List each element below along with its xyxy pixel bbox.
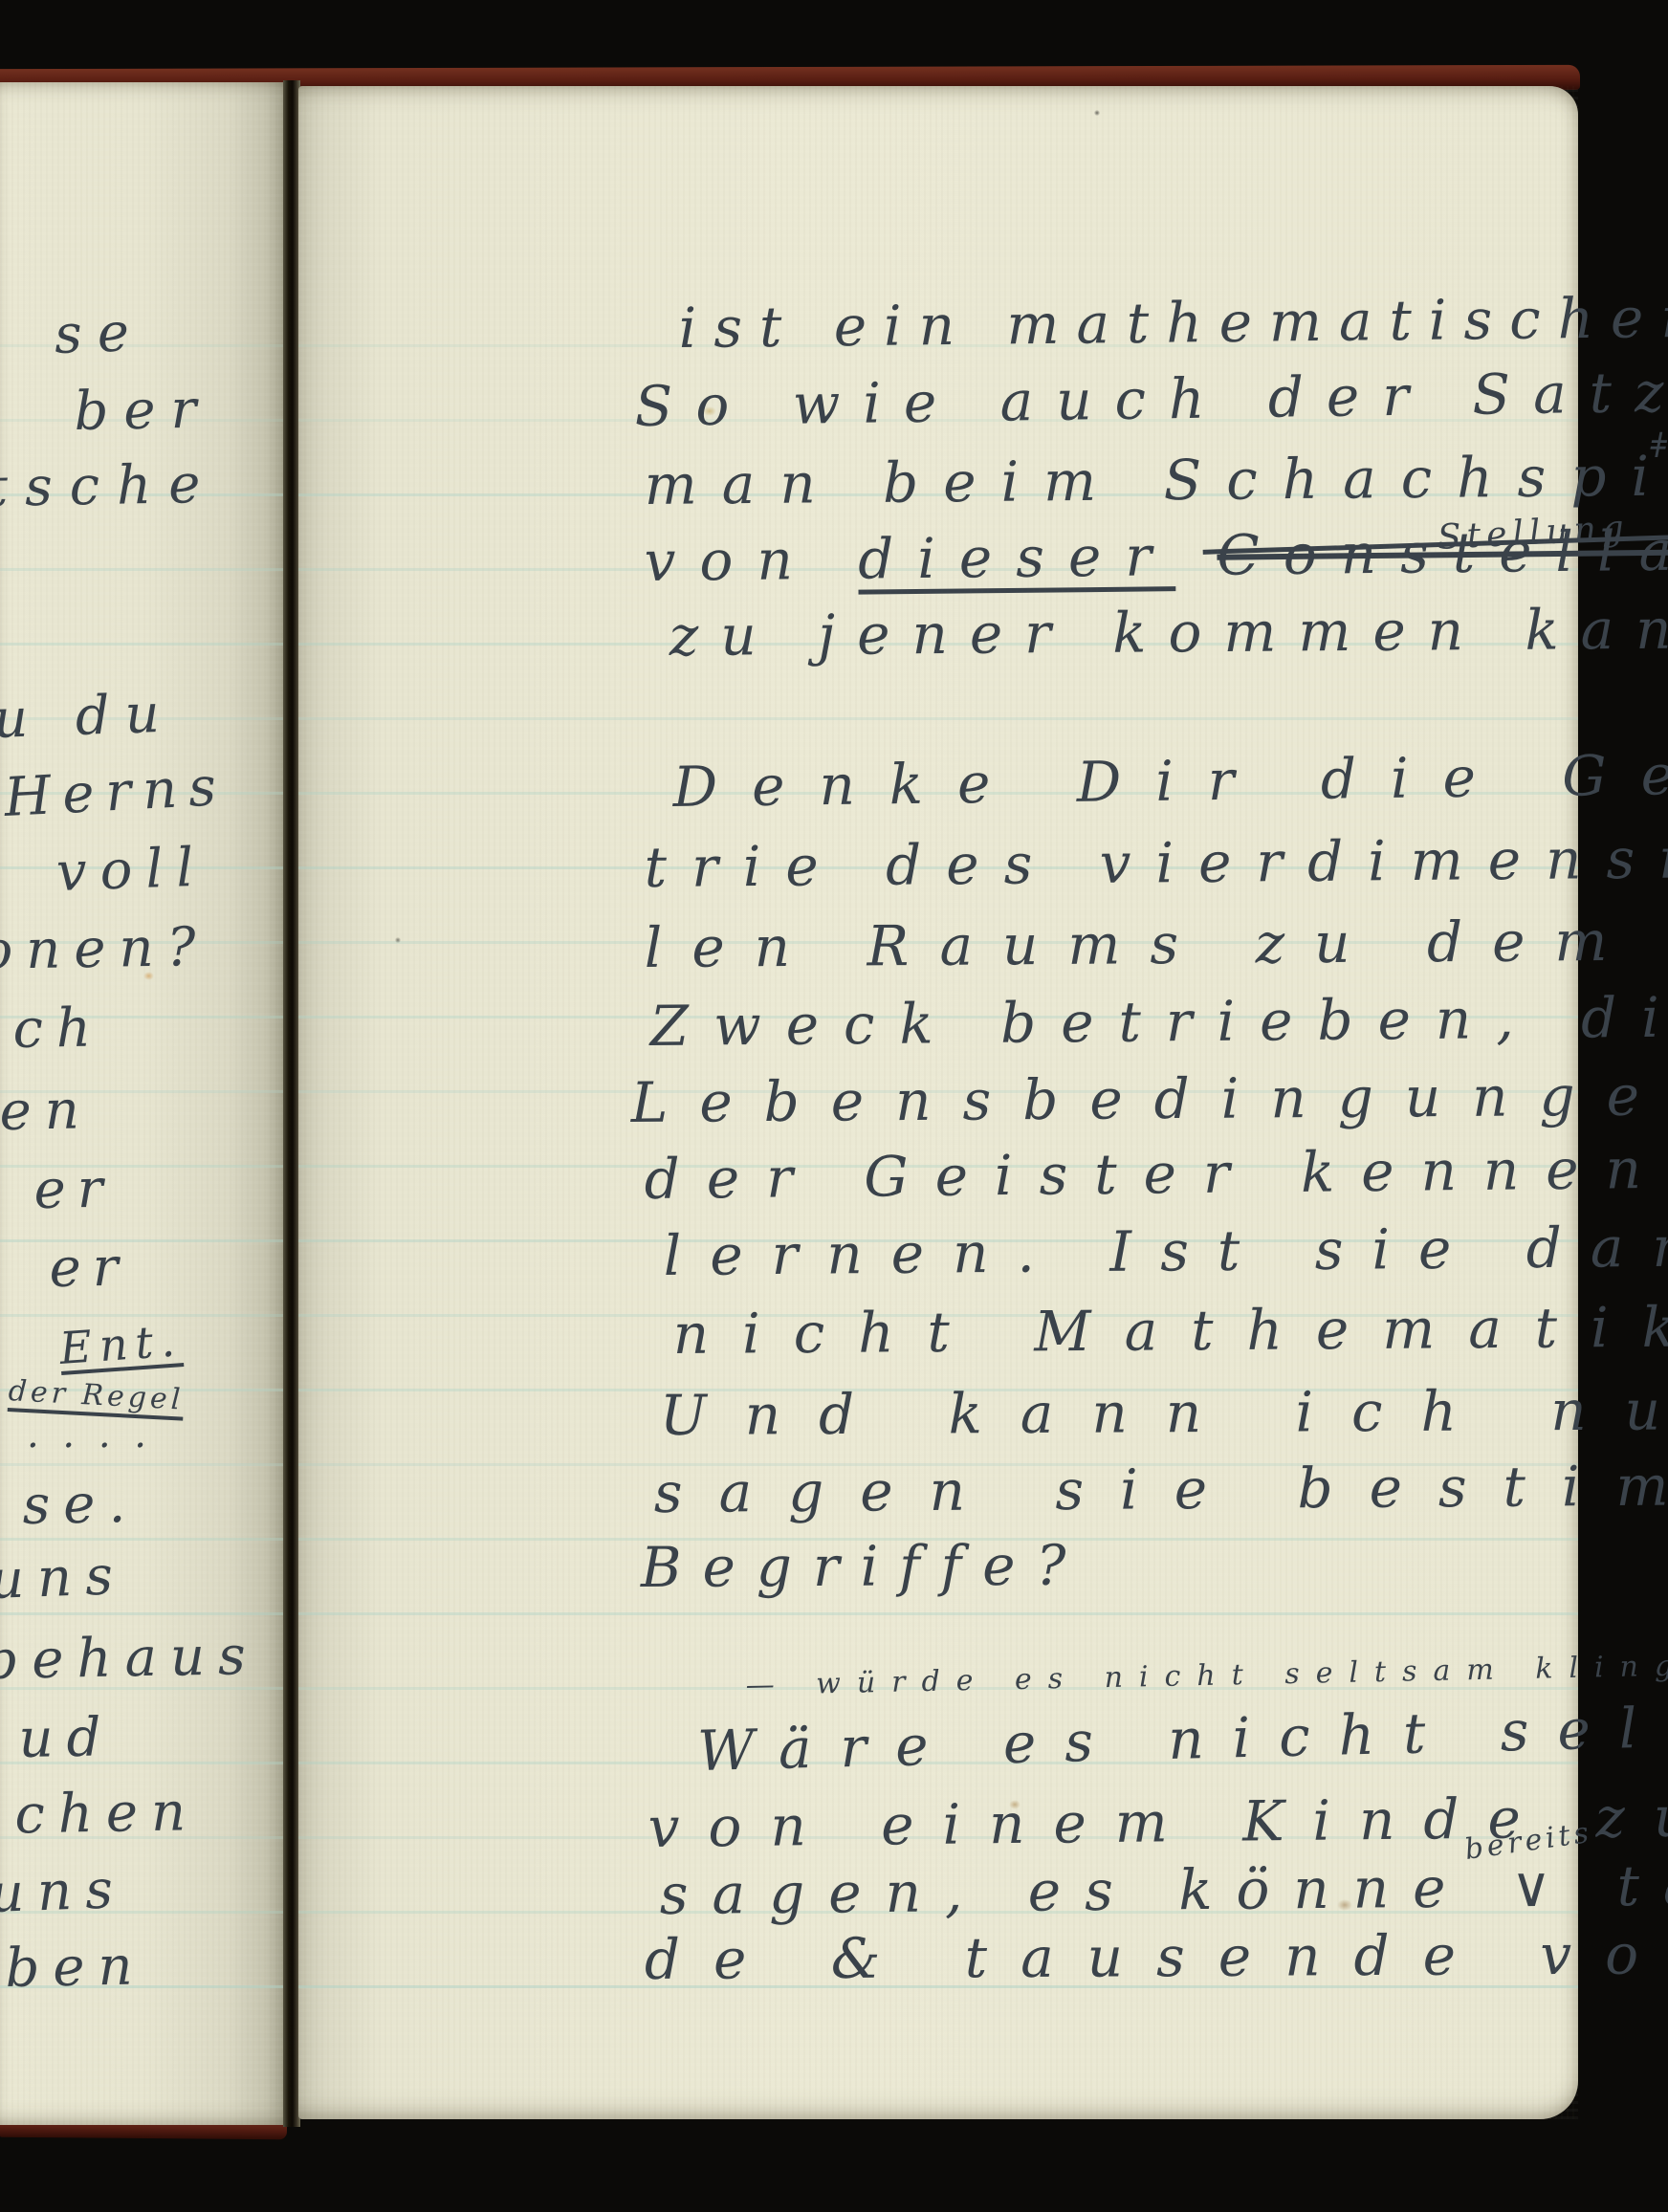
left-page-text-fragment: onen? — [0, 921, 209, 978]
ruled-line — [0, 568, 285, 571]
underlined-word: dieser — [858, 523, 1176, 591]
left-page-text-fragment: ud — [18, 1711, 115, 1766]
handwritten-line: nicht Mathematik? — [673, 1299, 1668, 1362]
left-page-text-fragment: voll — [55, 842, 208, 900]
insertion-mark: ǂ — [1651, 429, 1667, 464]
word — [1175, 523, 1218, 588]
handwritten-line: Wäre es nicht seltsam — [697, 1694, 1668, 1779]
handwritten-line: lernen. Ist sie darum — [663, 1217, 1668, 1283]
handwritten-line: ist ein mathematischer. — [678, 289, 1668, 356]
left-page-text-fragment: Herns — [3, 760, 229, 825]
ruled-line — [0, 1538, 285, 1541]
handwritten-line: Und kann ich nun — [660, 1382, 1668, 1443]
left-page-text-fragment: uns — [0, 1549, 127, 1608]
handwritten-line: der Geister kennen zu — [644, 1139, 1668, 1207]
left-page-text-fragment: ch — [12, 1001, 104, 1057]
word: von — [644, 527, 858, 594]
ruled-line — [298, 717, 1578, 720]
left-page-text-fragment: Ent. — [58, 1318, 184, 1370]
inserted-word: Stellung — [1437, 512, 1630, 556]
left-page-text-fragment: se. — [22, 1478, 140, 1533]
handwritten-line: Zweck betrieben, die — [649, 989, 1668, 1054]
left-page-text-fragment: tsche — [0, 458, 218, 515]
left-page-text-fragment: ber — [74, 383, 212, 439]
handwritten-line: zu jener kommen kann. — [669, 601, 1668, 664]
handwritten-line: Denke Dir die Geome- — [672, 743, 1668, 815]
handwritten-line: sagen sie bestimme — [654, 1456, 1668, 1521]
interlinear-insertion: — würde es nicht seltsam klinge — [745, 1652, 1668, 1700]
left-page-text-fragment: er — [49, 1241, 130, 1296]
left-page-text-fragment: behaus — [0, 1630, 259, 1688]
left-page: sebertscheu duHernsvollonen?chenererEnt.… — [0, 82, 285, 2125]
handwritten-line: len Raums zu dem — [645, 913, 1637, 975]
left-page-text-fragment: en — [0, 1084, 93, 1139]
left-page-text-fragment: er — [33, 1163, 115, 1217]
left-page-text-fragment: u du — [0, 687, 176, 747]
handwritten-line: So wie auch der Satz: daß — [634, 361, 1668, 434]
left-page-text-fragment: se — [54, 306, 145, 362]
left-page-text-fragment: . . . . — [27, 1415, 152, 1454]
left-page-text-fragment: ichen — [0, 1785, 200, 1843]
right-page: ist ein mathematischer.So wie auch der S… — [298, 86, 1578, 2119]
ruled-line — [0, 1463, 285, 1466]
handwritten-line: sagen, es könne ∨ tausen — [659, 1855, 1668, 1922]
handwritten-line: de & tausende von — [645, 1926, 1668, 1987]
handwritten-line: Begriffe? — [641, 1538, 1087, 1595]
ruled-line — [298, 1612, 1578, 1615]
left-page-text-fragment: ben — [5, 1939, 146, 1996]
handwritten-line: Lebensbedingungen — [631, 1067, 1668, 1130]
left-page-text-fragment: uns — [0, 1863, 127, 1921]
ruled-line — [0, 1612, 285, 1615]
ruled-line — [0, 643, 285, 646]
handwritten-line: trie des vierdimensiona- — [644, 828, 1668, 895]
left-page-text-fragment: der Regel — [8, 1377, 185, 1415]
handwritten-line: man beim Schachspiel — [644, 448, 1668, 513]
ruled-line — [0, 1239, 285, 1242]
notebook-photo: sebertscheu duHernsvollonen?chenererEnt.… — [0, 0, 1668, 2212]
